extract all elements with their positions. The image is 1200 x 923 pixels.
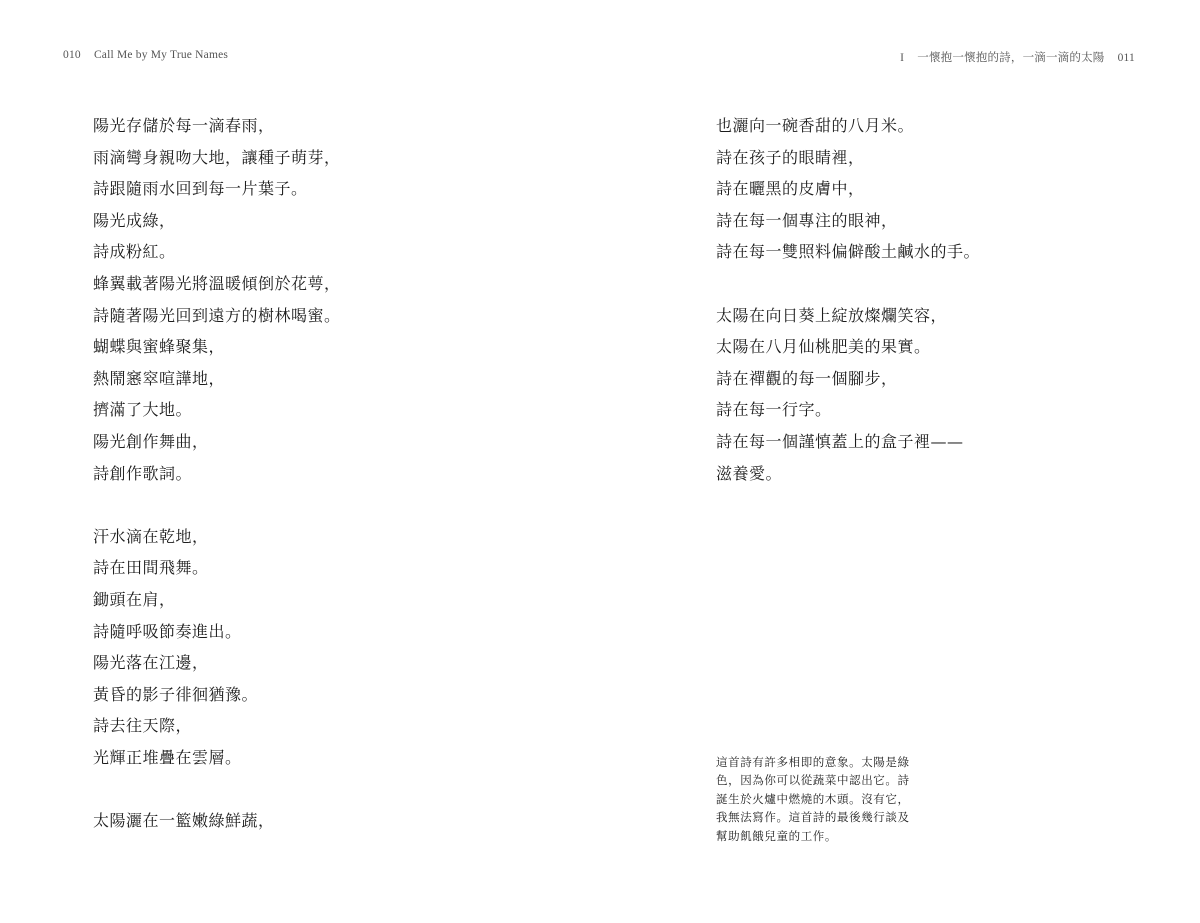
poem-line: 擠滿了大地。: [93, 394, 341, 426]
poem-line: 詩隨著陽光回到遠方的樹林喝蜜。: [93, 300, 341, 332]
poem-footnote: 這首詩有許多相即的意象。太陽是綠色，因為你可以從蔬菜中認出它。詩誕生於火爐中燃燒…: [716, 753, 921, 846]
left-page-number: 010: [63, 49, 81, 61]
poem-line: 詩在禪觀的每一個腳步，: [716, 363, 980, 395]
poem-line: 熱鬧窸窣喧譁地，: [93, 363, 341, 395]
poem-line: 太陽在向日葵上綻放燦爛笑容，: [716, 300, 980, 332]
poem-line: 詩在每一個專注的眼神，: [716, 205, 980, 237]
poem-line: 詩在每一雙照料偏僻酸土鹹水的手。: [716, 236, 980, 268]
poem-line: 詩在孩子的眼睛裡，: [716, 142, 980, 174]
stanza-break: [716, 268, 980, 300]
poem-line: 蜂翼載著陽光將溫暖傾倒於花萼，: [93, 268, 341, 300]
right-running-head: I 一懷抱一懷抱的詩，一滴一滴的太陽 011: [900, 49, 1135, 65]
right-page: I 一懷抱一懷抱的詩，一滴一滴的太陽 011 也灑向一碗香甜的八月米。 詩在孩子…: [600, 0, 1200, 923]
poem-line: 詩在每一個謹慎蓋上的盒子裡——: [716, 426, 980, 458]
poem-line: 詩跟隨雨水回到每一片葉子。: [93, 173, 341, 205]
poem-line: 太陽灑在一籃嫩綠鮮蔬，: [93, 805, 341, 837]
poem-line: 詩在曬黑的皮膚中，: [716, 173, 980, 205]
poem-line: 陽光存儲於每一滴春雨，: [93, 110, 341, 142]
chapter-title: 一懷抱一懷抱的詩，一滴一滴的太陽: [917, 52, 1104, 64]
book-title: Call Me by My True Names: [94, 49, 228, 61]
poem-line: 太陽在八月仙桃肥美的果實。: [716, 331, 980, 363]
poem-line: 滋養愛。: [716, 458, 980, 490]
poem-line: 汗水滴在乾地，: [93, 521, 341, 553]
poem-line: 蝴蝶與蜜蜂聚集，: [93, 331, 341, 363]
poem-line: 光輝正堆疊在雲層。: [93, 742, 341, 774]
poem-line: 詩隨呼吸節奏進出。: [93, 616, 341, 648]
right-page-number: 011: [1118, 52, 1135, 64]
poem-line: 陽光落在江邊，: [93, 647, 341, 679]
stanza-break: [93, 489, 341, 521]
poem-line: 詩成粉紅。: [93, 236, 341, 268]
stanza-break: [93, 773, 341, 805]
poem-line: 詩在田間飛舞。: [93, 552, 341, 584]
left-page: 010 Call Me by My True Names 陽光存儲於每一滴春雨，…: [0, 0, 600, 923]
poem-line: 鋤頭在肩，: [93, 584, 341, 616]
left-poem-body: 陽光存儲於每一滴春雨， 雨滴彎身親吻大地，讓種子萌芽， 詩跟隨雨水回到每一片葉子…: [93, 110, 341, 837]
book-spread: 010 Call Me by My True Names 陽光存儲於每一滴春雨，…: [0, 0, 1200, 923]
poem-line: 雨滴彎身親吻大地，讓種子萌芽，: [93, 142, 341, 174]
right-poem-body: 也灑向一碗香甜的八月米。 詩在孩子的眼睛裡， 詩在曬黑的皮膚中， 詩在每一個專注…: [716, 110, 980, 489]
poem-line: 黃昏的影子徘徊猶豫。: [93, 679, 341, 711]
poem-line: 也灑向一碗香甜的八月米。: [716, 110, 980, 142]
left-running-head: 010 Call Me by My True Names: [63, 49, 228, 61]
poem-line: 詩在每一行字。: [716, 394, 980, 426]
part-number: I: [900, 52, 904, 64]
poem-line: 詩創作歌詞。: [93, 458, 341, 490]
poem-line: 陽光成綠，: [93, 205, 341, 237]
poem-line: 詩去往天際，: [93, 710, 341, 742]
poem-line: 陽光創作舞曲，: [93, 426, 341, 458]
